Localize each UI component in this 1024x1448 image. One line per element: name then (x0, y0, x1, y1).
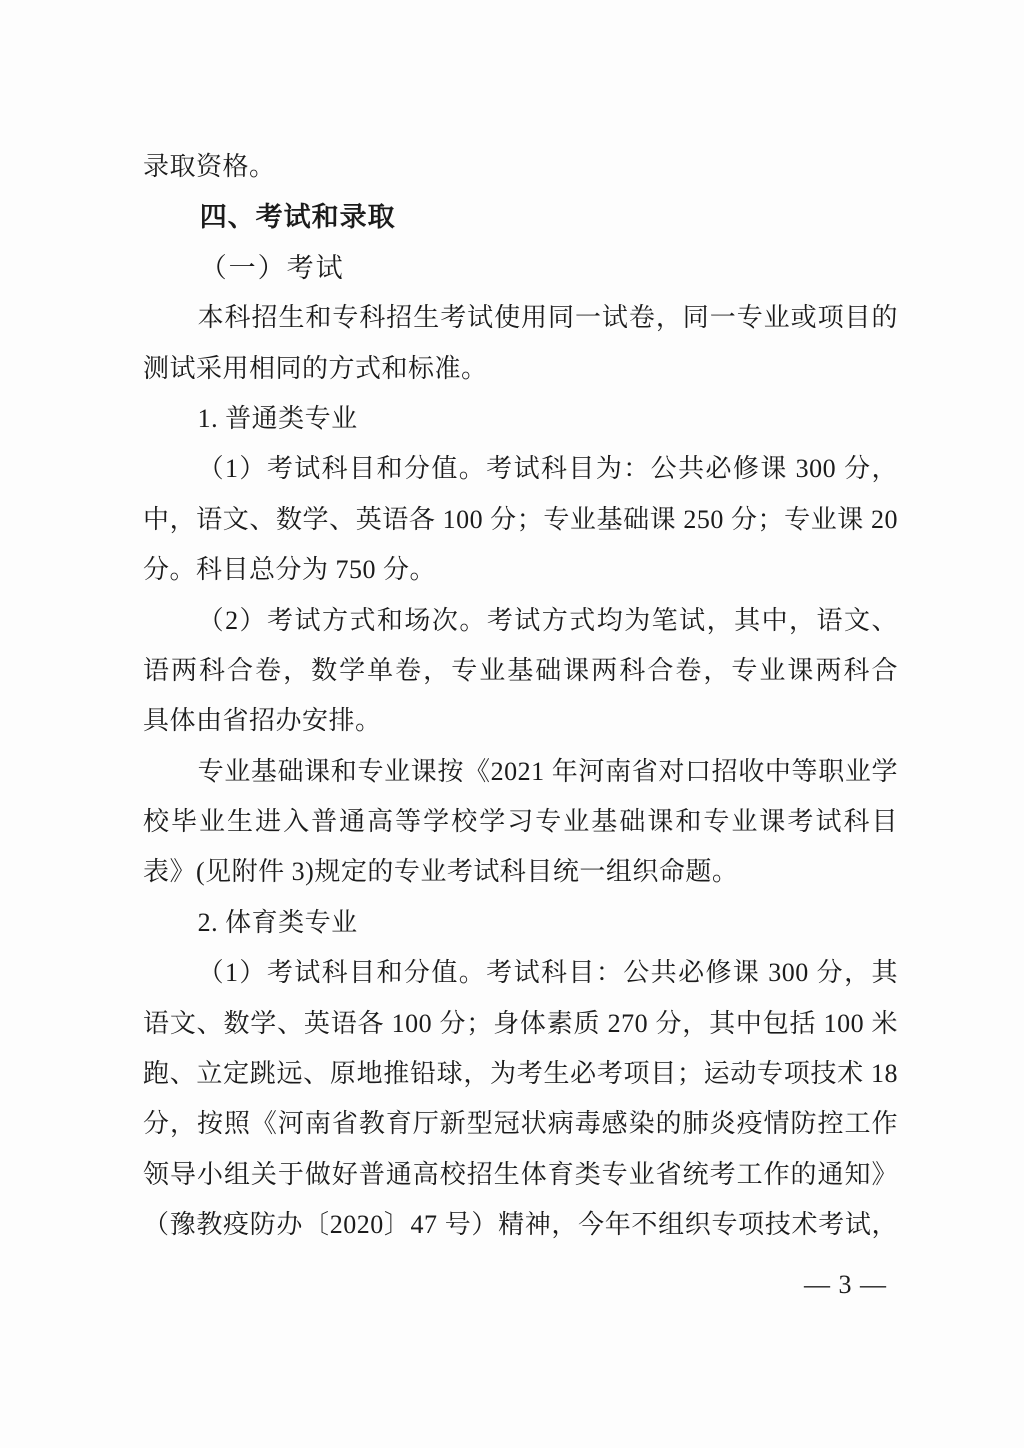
page-number: — 3 — (804, 1268, 887, 1302)
text-line: 语两科合卷，数学单卷，专业基础课两科合卷，专业课两科合卷。 (143, 646, 898, 696)
section-heading: 四、考试和录取 (143, 192, 898, 242)
text-line: （豫教疫防办〔2020〕47 号）精神，今年不组织专项技术考试， (143, 1200, 898, 1250)
text-line: 领导小组关于做好普通高校招生体育类专业省统考工作的通知》 (143, 1150, 898, 1200)
text-line: （1）考试科目和分值。考试科目：公共必修课 300 分，其中， (143, 948, 898, 998)
text-line: 分，按照《河南省教育厅新型冠状病毒感染的肺炎疫情防控工作 (143, 1099, 898, 1149)
text-line: 跑、立定跳远、原地推铅球，为考生必考项目；运动专项技术 180 (143, 1049, 898, 1099)
text-line: 分。科目总分为 750 分。 (143, 545, 898, 595)
text-line: （2）考试方式和场次。考试方式均为笔试，其中，语文、英 (143, 596, 898, 646)
text-line: 中，语文、数学、英语各 100 分；专业基础课 250 分；专业课 200 (143, 495, 898, 545)
text-line: 录取资格。 (143, 142, 898, 192)
text-line: 校毕业生进入普通高等学校学习专业基础课和专业课考试科目 (143, 797, 898, 847)
document-page: 录取资格。四、考试和录取（一）考试本科招生和专科招生考试使用同一试卷，同一专业或… (0, 0, 1024, 1448)
text-line: 本科招生和专科招生考试使用同一试卷，同一专业或项目的 (143, 293, 898, 343)
text-line: 专业基础课和专业课按《2021 年河南省对口招收中等职业学 (143, 747, 898, 797)
text-line: 测试采用相同的方式和标准。 (143, 344, 898, 394)
text-line: 语文、数学、英语各 100 分；身体素质 270 分，其中包括 100 米 (143, 999, 898, 1049)
document-body: 录取资格。四、考试和录取（一）考试本科招生和专科招生考试使用同一试卷，同一专业或… (143, 142, 898, 1251)
subsection-heading: （一）考试 (143, 243, 898, 293)
text-line: 1. 普通类专业 (143, 394, 898, 444)
text-line: 2. 体育类专业 (143, 898, 898, 948)
text-line: 表》(见附件 3)规定的专业考试科目统一组织命题。 (143, 847, 898, 897)
text-line: 具体由省招办安排。 (143, 696, 898, 746)
text-line: （1）考试科目和分值。考试科目为：公共必修课 300 分，其 (143, 444, 898, 494)
